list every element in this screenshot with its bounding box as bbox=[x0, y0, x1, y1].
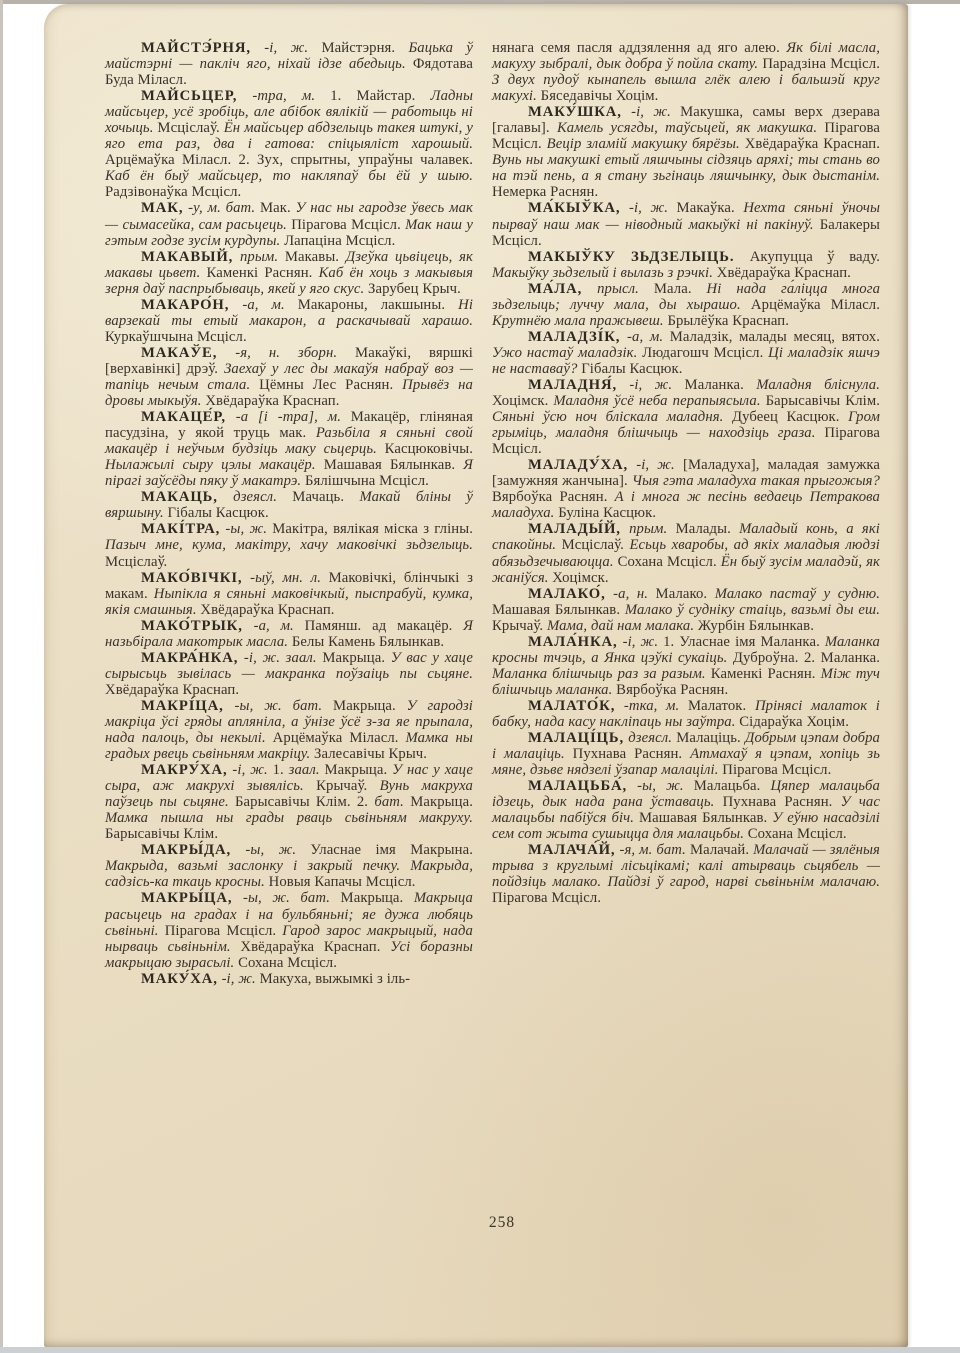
example-text: -я, н. зборн. bbox=[217, 345, 355, 361]
plain-text: нянага семя пасля аддзялення ад яго алею… bbox=[492, 40, 786, 56]
headword: МАКРЫ́ЦА, bbox=[141, 890, 232, 906]
dictionary-entry: МАЛАТО́К, -тка, м. Малаток. Прінясі мала… bbox=[492, 698, 880, 730]
example-text: -і, ж. bbox=[617, 377, 685, 393]
page-number: 258 bbox=[472, 1214, 532, 1232]
headword: МАЛАДЗІ́К, bbox=[528, 329, 620, 345]
example-text: прысл. bbox=[582, 281, 654, 297]
example-text: Малако ў судніку стаіць, вазьмі ды еш. bbox=[625, 602, 880, 618]
dictionary-entry: МАКАЦЬ, дзеясл. Мачаць. Макай бліны ў вя… bbox=[105, 489, 473, 521]
headword: МАКО́ТРЫК, bbox=[141, 618, 243, 634]
example-text: -у, м. бат. bbox=[183, 200, 260, 216]
plain-text: Макрыца. bbox=[322, 650, 390, 666]
plain-text: Лапаціна Мсцісл. bbox=[284, 233, 395, 249]
dictionary-entry: нянага семя пасля аддзялення ад яго алею… bbox=[492, 40, 880, 104]
plain-text: Белы Камень Бялынкав. bbox=[292, 634, 444, 650]
example-text: заал. bbox=[289, 762, 325, 778]
headword: МАКАВЫЙ, bbox=[141, 249, 233, 265]
example-text: Вецір зламій макушку бярёзы. bbox=[547, 136, 745, 152]
plain-text: Дубеец Касцюк. bbox=[732, 409, 848, 425]
example-text: бат. bbox=[374, 794, 410, 810]
example-text: Крутнёю мала пражывеш. bbox=[492, 313, 667, 329]
plain-text: Хвёдараўка Краснап. bbox=[205, 393, 339, 409]
dictionary-entry: МАКУ́ШКА, -і, ж. Макушка, самы верх дзер… bbox=[492, 104, 880, 200]
plain-text: 1. bbox=[273, 762, 289, 778]
headword: МАКЫЎКУ ЗЬДЗЕЛЫЦЬ. bbox=[528, 249, 750, 265]
headword: МАКРУ́ХА, bbox=[141, 762, 228, 778]
plain-text: Арцёмаўка Міласл. bbox=[751, 297, 880, 313]
plain-text: Зарубец Крыч. bbox=[368, 281, 461, 297]
plain-text: Хвёдараўка Краснап. bbox=[717, 265, 851, 281]
plain-text: Барысавічы Клім. bbox=[105, 826, 218, 842]
plain-text: Каменкі Раснян. bbox=[711, 666, 821, 682]
headword: МАЛАДНЯ́, bbox=[528, 377, 617, 393]
example-text: Пазыч мне, кума, макітру, хачу маковічкі… bbox=[105, 537, 473, 553]
plain-text: Барысавічы Клім. bbox=[766, 393, 880, 409]
example-text: дзеясл. bbox=[624, 730, 676, 746]
headword: МАЛАДЫ́Й, bbox=[528, 521, 621, 537]
example-text: Мама, дай нам малака. bbox=[547, 618, 698, 634]
headword: МА́ЛА, bbox=[528, 281, 582, 297]
plain-text: Сідараўка Хоцім. bbox=[739, 714, 849, 730]
plain-text: Малачай. bbox=[690, 842, 753, 858]
plain-text: Арцёмаўка Міласл. 2. Зух, спрытны, упраў… bbox=[105, 152, 473, 168]
plain-text: Арцёмаўка Міласл. bbox=[273, 730, 406, 746]
plain-text: Пухнава Раснян. bbox=[573, 746, 690, 762]
plain-text: Мак. bbox=[260, 200, 296, 216]
example-text: -ы, ж. bbox=[627, 778, 694, 794]
plain-text: Немерка Раснян. bbox=[492, 184, 598, 200]
dictionary-entry: МАЛАЦЬБА́, -ы, ж. Малацьба. Цяпер малаць… bbox=[492, 778, 880, 842]
dictionary-entry: МА́ЛА, прысл. Мала. Ні нада га́ліцца мно… bbox=[492, 281, 880, 329]
plain-text: Парадзіна Мсцісл. bbox=[762, 56, 880, 72]
example-text: Вунь ны макушкі етый ляшчыны сідзяць аря… bbox=[492, 152, 880, 184]
dictionary-entry: МАКЫЎКУ ЗЬДЗЕЛЫЦЬ. Акупуцца ў ваду. Макы… bbox=[492, 249, 880, 281]
example-text: Чыя гэта маладуха такая прыгожыя? bbox=[632, 473, 880, 489]
dictionary-entry: МАК, -у, м. бат. Мак. У нас ны гародзе ў… bbox=[105, 200, 473, 248]
example-text: Маладня бліснула. bbox=[756, 377, 880, 393]
example-text: -ы, ж. бат. bbox=[232, 890, 340, 906]
example-text: -а, м. bbox=[229, 297, 297, 313]
headword: МАКАЎЕ, bbox=[141, 345, 217, 361]
scan-left-edge bbox=[0, 0, 3, 1353]
example-text: -а [і -тра], м. bbox=[226, 409, 351, 425]
plain-text: Барысавічы Клім. 2. bbox=[235, 794, 374, 810]
plain-text: Макітра, вялікая міска з гліны. bbox=[272, 521, 473, 537]
example-text: Малако пастаў у судню. bbox=[715, 586, 880, 602]
plain-text: Мала. bbox=[654, 281, 707, 297]
plain-text: Хвёдараўка Краснап. bbox=[240, 939, 390, 955]
example-text: Нылажылі сыру цэлы макацёр. bbox=[105, 457, 324, 473]
headword: МАЛАЧА́Й, bbox=[528, 842, 615, 858]
plain-text: Хвёдараўка Краснап. bbox=[200, 602, 334, 618]
plain-text: Машавая Бялынкав. bbox=[639, 810, 772, 826]
plain-text: Каменкі Раснян. bbox=[207, 265, 319, 281]
plain-text: Гібалы Касцюк. bbox=[581, 361, 682, 377]
dictionary-entry: МАЙСТЭ́РНЯ, -і, ж. Майстэрня. Бацька ў м… bbox=[105, 40, 473, 88]
plain-text: Хоцімск. bbox=[492, 393, 553, 409]
example-text: Маладня ўсё неба перапыясыла. bbox=[553, 393, 765, 409]
dictionary-entry: МАКРІ́ЦА, -ы, ж. бат. Макрыца. У гародзі… bbox=[105, 698, 473, 762]
dictionary-entry: МАЛАКО́, -а, н. Малако. Малако пастаў у … bbox=[492, 586, 880, 634]
example-text: Маланка блішчыць раз за разым. bbox=[492, 666, 711, 682]
example-text: -і, ж. bbox=[628, 457, 683, 473]
plain-text: Людагошч Мсцісл. bbox=[642, 345, 768, 361]
example-text: Сяньні ўсю ноч бліскала маладня. bbox=[492, 409, 732, 425]
scan-bottom-edge bbox=[0, 1347, 960, 1353]
dictionary-entry: МАЛАЧА́Й, -я, м. бат. Малачай. Малачай —… bbox=[492, 842, 880, 906]
plain-text: Цёмны Лес Раснян. bbox=[259, 377, 402, 393]
plain-text: Бяседавічы Хоцім. bbox=[541, 88, 659, 104]
example-text: -тка, м. bbox=[615, 698, 688, 714]
dictionary-entry: МАКАЦЕ́Р, -а [і -тра], м. Макацёр, гліня… bbox=[105, 409, 473, 489]
example-text: прым. bbox=[233, 249, 285, 265]
example-text: -і, ж. bbox=[618, 634, 664, 650]
plain-text: Малады. bbox=[676, 521, 740, 537]
dictionary-entry: МАКАРО́Н, -а, м. Макароны, лакшыны. Ні в… bbox=[105, 297, 473, 345]
example-text: -ыў, мн. л. bbox=[243, 570, 329, 586]
dictionary-entry: МАКРЫ́ДА, -ы, ж. Уласнае імя Макрына. Ма… bbox=[105, 842, 473, 890]
plain-text: Залесавічы Крыч. bbox=[314, 746, 427, 762]
plain-text: Мсціслаў. bbox=[562, 537, 630, 553]
plain-text: 1. Майстар. bbox=[330, 88, 430, 104]
example-text: прым. bbox=[621, 521, 676, 537]
plain-text: Сохана Мсцісл. bbox=[238, 955, 337, 971]
plain-text: Макрыца. bbox=[410, 794, 473, 810]
plain-text: Крычаў. bbox=[316, 778, 379, 794]
example-text: Ужо настаў маладзік. bbox=[492, 345, 642, 361]
plain-text: Сохана Мсцісл. bbox=[748, 826, 847, 842]
plain-text: Машавая Бялынкав. bbox=[324, 457, 464, 473]
plain-text: Мачаць. bbox=[292, 489, 359, 505]
plain-text: 1. Уласнае імя Маланка. bbox=[663, 634, 825, 650]
example-text: -ы, ж. bbox=[231, 842, 310, 858]
headword: МАКАРО́Н, bbox=[141, 297, 229, 313]
plain-text: Крычаў. bbox=[492, 618, 547, 634]
plain-text: Касцюковічы. bbox=[385, 441, 473, 457]
dictionary-entry: МАЛАДНЯ́, -і, ж. Маланка. Маладня блісну… bbox=[492, 377, 880, 457]
headword: МАКРА́НКА, bbox=[141, 650, 238, 666]
headword: МАЛАКО́, bbox=[528, 586, 606, 602]
example-text: Каб ён быў майсьцер, то накляпаў бы ёй у… bbox=[105, 168, 473, 184]
headword: МАКО́ВІЧКІ, bbox=[141, 570, 243, 586]
plain-text: Дуброўна. 2. Маланка. bbox=[733, 650, 880, 666]
plain-text: Макуха, выжымкі з іль- bbox=[260, 971, 411, 987]
plain-text: Бялішчына Мсцісл. bbox=[305, 473, 429, 489]
plain-text: Майстэрня. bbox=[322, 40, 409, 56]
plain-text: Акупуцца ў ваду. bbox=[750, 249, 880, 265]
dictionary-entry: МАКАЎЕ, -я, н. зборн. Макаўкі, вяршкі [в… bbox=[105, 345, 473, 409]
dictionary-entry: МАКРУ́ХА, -і, ж. 1. заал. Макрыца. У нас… bbox=[105, 762, 473, 842]
plain-text: Пірагова Мсцісл. bbox=[722, 762, 831, 778]
example-text: дзеясл. bbox=[218, 489, 292, 505]
plain-text: Малако. bbox=[656, 586, 715, 602]
dictionary-entry: МАЛАДУ́ХА, -і, ж. [Маладуха], маладая за… bbox=[492, 457, 880, 521]
plain-text: Буліна Касцюк. bbox=[558, 505, 656, 521]
example-text: -а, м. bbox=[620, 329, 669, 345]
plain-text: Малацьба. bbox=[694, 778, 771, 794]
headword: МАКУ́ХА, bbox=[141, 971, 218, 987]
example-text: -і, ж. bbox=[251, 40, 322, 56]
example-text: -і, ж. bbox=[218, 971, 260, 987]
dictionary-entry: МАКІ́ТРА, -ы, ж. Макітра, вялікая міска … bbox=[105, 521, 473, 569]
plain-text: Макавы. bbox=[285, 249, 346, 265]
plain-text: Мсціслаў. bbox=[157, 120, 223, 136]
headword: МАЛАТО́К, bbox=[528, 698, 615, 714]
plain-text: Машавая Бялынкав. bbox=[492, 602, 625, 618]
dictionary-entry: МАЛА́НКА, -і, ж. 1. Уласнае імя Маланка.… bbox=[492, 634, 880, 698]
plain-text: Малаток. bbox=[688, 698, 755, 714]
example-text: Макыўку зьдзелый і вылазь з рэчкі. bbox=[492, 265, 717, 281]
headword: МА́КЫЎКА, bbox=[528, 200, 620, 216]
plain-text: Пухнава Раснян. bbox=[723, 794, 841, 810]
dictionary-entry: МАЛАДЫ́Й, прым. Малады. Маладый конь, а … bbox=[492, 521, 880, 585]
plain-text: Хвёдараўка Краснап. bbox=[105, 682, 239, 698]
text-column-left: МАЙСТЭ́РНЯ, -і, ж. Майстэрня. Бацька ў м… bbox=[105, 40, 473, 987]
headword: МАЛАЦЬБА́, bbox=[528, 778, 627, 794]
dictionary-entry: МАЙСЬЦЕР, -тра, м. 1. Майстар. Ладны май… bbox=[105, 88, 473, 200]
headword: МАЙСТЭ́РНЯ, bbox=[141, 40, 251, 56]
dictionary-entry: МАКО́ТРЫК, -а, м. Памянш. ад макацёр. Я … bbox=[105, 618, 473, 650]
headword: МАКАЦЬ, bbox=[141, 489, 218, 505]
dictionary-entry: МАКУ́ХА, -і, ж. Макуха, выжымкі з іль- bbox=[105, 971, 473, 987]
plain-text: Пірагова Мсцісл. bbox=[165, 923, 283, 939]
example-text: -і, ж. bbox=[622, 104, 680, 120]
plain-text: Куркаўшчына Мсцісл. bbox=[105, 329, 247, 345]
dictionary-entry: МАКРЫ́ЦА, -ы, ж. бат. Макрыца. Макрыца р… bbox=[105, 890, 473, 970]
headword: МАЛАЦІ́ЦЬ, bbox=[528, 730, 624, 746]
book-page-scan: МАЙСТЭ́РНЯ, -і, ж. Майстэрня. Бацька ў м… bbox=[44, 4, 908, 1347]
plain-text: Хвёдараўка Краснап. bbox=[745, 136, 880, 152]
plain-text: Журбін Бялынкав. bbox=[698, 618, 814, 634]
plain-text: Маланка. bbox=[685, 377, 757, 393]
plain-text: Брылёўка Краснап. bbox=[667, 313, 789, 329]
headword: МАЛА́НКА, bbox=[528, 634, 618, 650]
plain-text: Пірагова Мсцісл. bbox=[492, 890, 601, 906]
headword: МАКРЫ́ДА, bbox=[141, 842, 231, 858]
example-text: Камель усягды, таўсьцей, як макушка. bbox=[557, 120, 824, 136]
example-text: -і, ж. bbox=[620, 200, 676, 216]
plain-text: Хоцімск. bbox=[552, 570, 608, 586]
headword: МАЛАДУ́ХА, bbox=[528, 457, 628, 473]
dictionary-entry: МАКО́ВІЧКІ, -ыў, мн. л. Маковічкі, блінч… bbox=[105, 570, 473, 618]
plain-text: Новыя Капачы Мсцісл. bbox=[269, 874, 416, 890]
plain-text: Мсціслаў. bbox=[105, 554, 167, 570]
plain-text: Уласнае імя Макрына. bbox=[310, 842, 473, 858]
headword: МАЙСЬЦЕР, bbox=[141, 88, 237, 104]
headword: МАКУ́ШКА, bbox=[528, 104, 622, 120]
dictionary-entry: МА́КЫЎКА, -і, ж. Макаўка. Нехта сяньні ў… bbox=[492, 200, 880, 248]
headword: МАКІ́ТРА, bbox=[141, 521, 220, 537]
headword: МАК, bbox=[141, 200, 183, 216]
example-text: -я, м. бат. bbox=[615, 842, 689, 858]
plain-text: Памянш. ад макацёр. bbox=[305, 618, 464, 634]
dictionary-entry: МАКАВЫЙ, прым. Макавы. Дзеўка цьвіцець, … bbox=[105, 249, 473, 297]
plain-text: Макрыца. bbox=[325, 762, 393, 778]
plain-text: Макрыца. bbox=[333, 698, 407, 714]
plain-text: Сохана Мсцісл. bbox=[618, 554, 721, 570]
example-text: -і, ж. заал. bbox=[238, 650, 322, 666]
plain-text: Вярбоўка Раснян. bbox=[492, 489, 615, 505]
plain-text: Радзівонаўка Мсцісл. bbox=[105, 184, 241, 200]
plain-text: Макароны, лакшыны. bbox=[298, 297, 458, 313]
text-column-right: нянага семя пасля аддзялення ад яго алею… bbox=[492, 40, 880, 907]
dictionary-entry: МАКРА́НКА, -і, ж. заал. Макрыца. У вас у… bbox=[105, 650, 473, 698]
plain-text: Малаціць. bbox=[676, 730, 745, 746]
example-text: -тра, м. bbox=[237, 88, 330, 104]
plain-text: Макаўка. bbox=[677, 200, 744, 216]
dictionary-entry: МАЛАДЗІ́К, -а, м. Маладзік, малады месяц… bbox=[492, 329, 880, 377]
plain-text: Макрыца. bbox=[341, 890, 414, 906]
example-text: Мамка пышла ны грады рваць сьвіньням мак… bbox=[105, 810, 473, 826]
plain-text: Вярбоўка Раснян. bbox=[616, 682, 728, 698]
plain-text: Пірагова Мсцісл. bbox=[291, 217, 405, 233]
example-text: -і, ж. bbox=[228, 762, 273, 778]
headword: МАКАЦЕ́Р, bbox=[141, 409, 226, 425]
example-text: -ы, ж. бат. bbox=[224, 698, 333, 714]
headword: МАКРІ́ЦА, bbox=[141, 698, 224, 714]
example-text: -а, н. bbox=[606, 586, 656, 602]
plain-text: Гібалы Касцюк. bbox=[168, 505, 269, 521]
example-text: -а, м. bbox=[243, 618, 305, 634]
plain-text: Маладзік, малады месяц, вятох. bbox=[670, 329, 880, 345]
example-text: -ы, ж. bbox=[220, 521, 272, 537]
dictionary-entry: МАЛАЦІ́ЦЬ, дзеясл. Малаціць. Добрым цэпа… bbox=[492, 730, 880, 778]
